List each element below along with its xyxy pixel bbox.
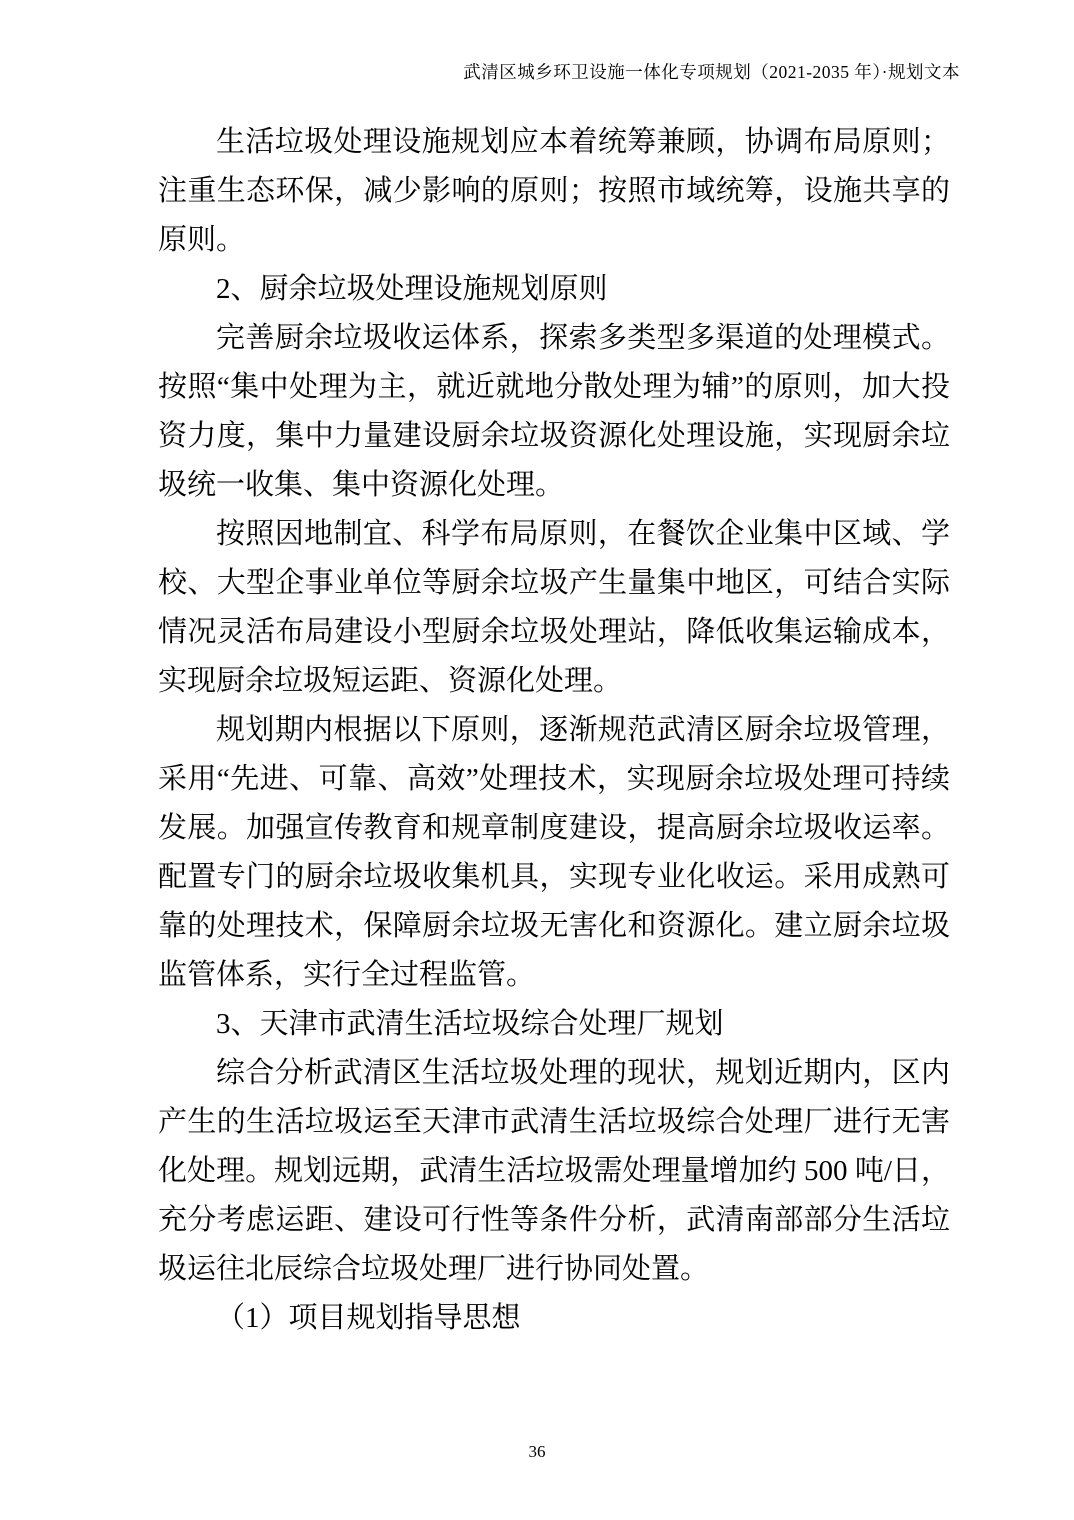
section-heading-kitchen-waste: 2、厨余垃圾处理设施规划原则 [158, 265, 950, 314]
page-header: 武清区城乡环卫设施一体化专项规划（2021-2035 年）·规划文本 [110, 60, 960, 84]
section-heading-project-guidance: （1）项目规划指导思想 [158, 1294, 950, 1343]
paragraph-kitchen-waste-system: 完善厨余垃圾收运体系，探索多类型多渠道的处理模式。按照“集中处理为主，就近就地分… [158, 314, 950, 510]
header-title: 武清区城乡环卫设施一体化专项规划（2021-2035 年）·规划文本 [463, 62, 960, 82]
paragraph-kitchen-waste-management: 规划期内根据以下原则，逐渐规范武清区厨余垃圾管理，采用“先进、可靠、高效”处理技… [158, 706, 950, 1000]
section-heading-treatment-plant: 3、天津市武清生活垃圾综合处理厂规划 [158, 1000, 950, 1049]
paragraph-kitchen-waste-layout: 按照因地制宜、科学布局原则，在餐饮企业集中区域、学校、大型企事业单位等厨余垃圾产… [158, 510, 950, 706]
paragraph-treatment-plant-analysis: 综合分析武清区生活垃圾处理的现状，规划近期内，区内产生的生活垃圾运至天津市武清生… [158, 1049, 950, 1294]
paragraph-life-waste-principles: 生活垃圾处理设施规划应本着统筹兼顾，协调布局原则；注重生态环保，减少影响的原则；… [158, 118, 950, 265]
page-footer: 36 [0, 1442, 1074, 1462]
document-page: 武清区城乡环卫设施一体化专项规划（2021-2035 年）·规划文本 生活垃圾处… [0, 0, 1074, 1520]
page-number: 36 [529, 1442, 546, 1461]
document-body: 生活垃圾处理设施规划应本着统筹兼顾，协调布局原则；注重生态环保，减少影响的原则；… [158, 118, 950, 1343]
